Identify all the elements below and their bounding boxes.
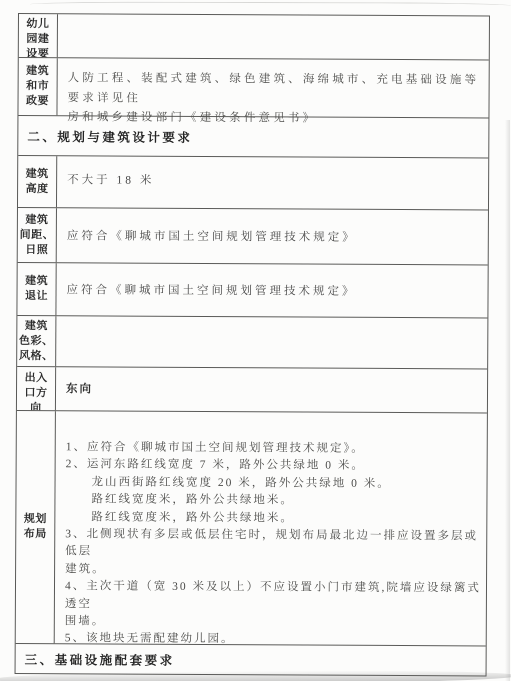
row-label-building-height: 建筑 高度: [18, 156, 57, 207]
label-line: 布局: [16, 527, 54, 542]
cell-building-height-content: 不大于 18 米: [57, 156, 488, 209]
label-line: 建筑: [18, 167, 56, 182]
cell-building-style-content: [56, 316, 487, 368]
label-line: 间距、: [18, 228, 56, 243]
layout-item: 建筑。: [65, 561, 486, 581]
content-line: 人防工程、装配式建筑、绿色建筑、海绵城市、充电基础设施等要求详见住: [68, 69, 489, 110]
row-entrance-direction: 出入 口方 向 东向: [17, 367, 487, 413]
label-line: 规划: [16, 512, 54, 527]
section-planning-design-title: 二、规划与建筑设计要求: [18, 116, 488, 157]
label-line: 建筑: [17, 319, 55, 334]
cell-planning-layout-content: 1、应符合《聊城市国土空间规划管理技术规定》。 2、运河东路红线宽度 7 米，路…: [55, 411, 487, 645]
label-line: 口方: [17, 386, 55, 401]
row-building-height: 建筑 高度 不大于 18 米: [18, 156, 488, 210]
cell-entrance-direction-content: 东向: [56, 367, 487, 412]
cell-building-setback-content: 应符合《聊城市国土空间规划管理技术规定》: [56, 263, 487, 317]
label-line: 和市: [19, 79, 57, 94]
cell-building-municipal-content: 人防工程、装配式建筑、绿色建筑、海绵城市、充电基础设施等要求详见住 房和城乡建设…: [57, 58, 488, 117]
row-building-color-style: 建筑 色彩、 风格、: [17, 316, 487, 369]
row-label-planning-layout: 规划 布局: [16, 411, 56, 643]
row-label-building-setback: 建筑 退让: [17, 263, 56, 315]
cell-kindergarten-content: [58, 14, 489, 59]
row-label-entrance-direction: 出入 口方 向: [17, 367, 56, 410]
row-label-building-spacing: 建筑 间距、 日照: [18, 208, 57, 262]
label-line: 幼儿: [19, 17, 57, 32]
layout-item: 2、运河东路红线宽度 7 米，路外公共绿地 0 米。: [66, 457, 487, 477]
row-building-setback: 建筑 退让 应符合《聊城市国土空间规划管理技术规定》: [17, 263, 487, 318]
layout-item: 龙山西街路红线宽度 20 米，路外公共绿地 0 米。: [65, 474, 486, 494]
layout-item: 围墙。: [65, 613, 486, 633]
label-line: 退让: [17, 289, 55, 304]
label-line: 出入: [17, 371, 55, 386]
row-planning-layout: 规划 布局 1、应符合《聊城市国土空间规划管理技术规定》。 2、运河东路红线宽度…: [16, 411, 487, 646]
section-planning-design: 二、规划与建筑设计要求: [18, 116, 488, 158]
label-line: 日照: [18, 243, 56, 258]
row-label-building-style: 建筑 色彩、 风格、: [17, 316, 56, 366]
layout-item: 4、主次干道（宽 30 米及以上）不应设置小门市建筑,院墙应设绿篱式透空: [65, 579, 486, 616]
label-line: 政要: [18, 94, 56, 109]
label-line: 风格、: [17, 349, 55, 364]
row-building-spacing-sunlight: 建筑 间距、 日照 应符合《聊城市国土空间规划管理技术规定》: [18, 208, 488, 265]
layout-item: 1、应符合《聊城市国土空间规划管理技术规定》。: [66, 439, 487, 459]
layout-item: 路红线宽度米，路外公共绿地米。: [65, 509, 486, 529]
label-line: 建筑: [19, 64, 57, 79]
row-label-building-municipal: 建筑 和市 政要: [18, 58, 57, 115]
row-label-kindergarten: 幼儿 园建 设要: [19, 14, 58, 57]
scan-edge-right: [505, 120, 510, 681]
row-kindergarten-requirements: 幼儿 园建 设要: [19, 14, 489, 60]
requirements-table: 幼儿 园建 设要 建筑 和市 政要 人防工程、装配式建筑、绿色建筑、海绵城市、充…: [15, 13, 490, 676]
label-line: 园建: [19, 32, 57, 47]
scanned-document-page: { "colors": { "ink": "#474747", "line": …: [0, 0, 511, 681]
row-building-municipal-requirements: 建筑 和市 政要 人防工程、装配式建筑、绿色建筑、海绵城市、充电基础设施等要求详…: [18, 58, 488, 118]
cell-building-spacing-content: 应符合《聊城市国土空间规划管理技术规定》: [57, 208, 488, 264]
layout-item: 3、北侧现状有多层或低层住宅时，规划布局最北边一排应设置多层或低层: [65, 526, 486, 563]
label-line: 高度: [18, 182, 56, 197]
layout-item: 路红线宽度米，路外公共绿地米。: [65, 491, 486, 511]
label-line: 设要: [19, 47, 57, 57]
label-line: 建筑: [18, 274, 56, 289]
label-line: 向: [17, 401, 55, 410]
label-line: 建筑: [18, 213, 56, 228]
scan-edge-top: [30, 1, 511, 8]
label-line: 色彩、: [17, 334, 55, 349]
